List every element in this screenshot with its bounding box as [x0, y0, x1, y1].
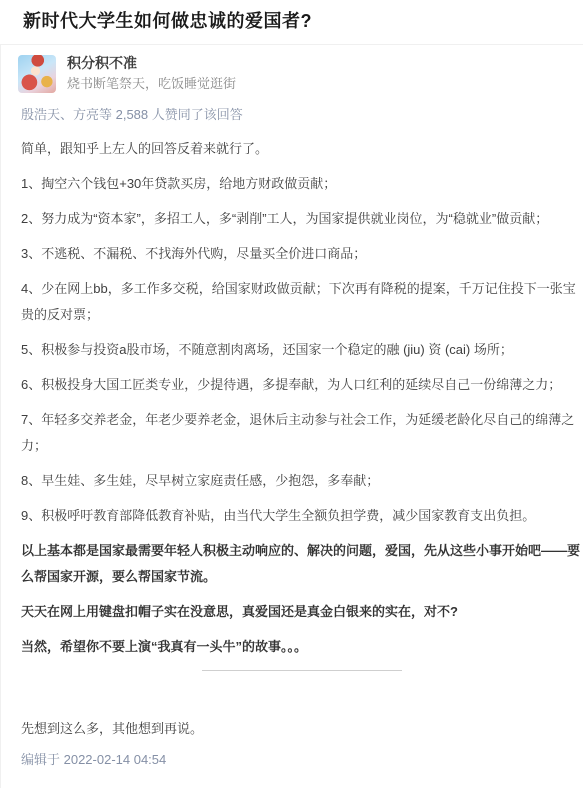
author-row: 积分积不准 烧书断笔祭天，吃饭睡觉逛街	[1, 54, 583, 93]
author-info: 积分积不准 烧书断笔祭天，吃饭睡觉逛街	[67, 54, 236, 93]
answer-paragraph: 6、积极投身大国工匠类专业，少提待遇，多提奉献，为人口红利的延续尽自己一份绵薄之…	[21, 372, 583, 398]
answer-paragraph: 8、早生娃、多生娃，尽早树立家庭责任感，少抱怨，多奉献；	[21, 468, 583, 494]
author-bio: 烧书断笔祭天，吃饭睡觉逛街	[67, 75, 236, 93]
answer-paragraph: 简单，跟知乎上左人的回答反着来就行了。	[21, 136, 583, 162]
question-title: 新时代大学生如何做忠诚的爱国者?	[0, 0, 583, 33]
answer-paragraph: 1、掏空六个钱包+30年贷款买房，给地方财政做贡献；	[21, 171, 583, 197]
answer-paragraph: 先想到这么多，其他想到再说。	[21, 716, 583, 742]
answer-content: 简单，跟知乎上左人的回答反着来就行了。1、掏空六个钱包+30年贷款买房，给地方财…	[1, 136, 583, 742]
author-avatar[interactable]	[18, 55, 56, 93]
edited-timestamp: 编辑于 2022-02-14 04:54	[1, 751, 583, 769]
answer-paragraph: 3、不逃税、不漏税、不找海外代购，尽量买全价进口商品；	[21, 241, 583, 267]
answer-paragraph: 7、年轻多交养老金，年老少要养老金，退休后主动参与社会工作，为延缓老龄化尽自己的…	[21, 407, 583, 459]
answer-paragraph: 2、努力成为“资本家”，多招工人，多“剥削”工人，为国家提供就业岗位，为“稳就业…	[21, 206, 583, 232]
author-name[interactable]: 积分积不准	[67, 54, 236, 73]
content-divider	[202, 670, 402, 671]
answer-paragraph: 以上基本都是国家最需要年轻人积极主动响应的、解决的问题，爱国，先从这些小事开始吧…	[21, 538, 583, 590]
answer-card: 积分积不准 烧书断笔祭天，吃饭睡觉逛街 殷浩天、方亮等 2,588 人赞同了该回…	[0, 44, 583, 788]
vote-summary[interactable]: 殷浩天、方亮等 2,588 人赞同了该回答	[1, 106, 583, 124]
answer-paragraph: 9、积极呼吁教育部降低教育补贴，由当代大学生全额负担学费，减少国家教育支出负担。	[21, 503, 583, 529]
answer-paragraph: 当然，希望你不要上演“我真有一头牛”的故事。。。	[21, 634, 583, 660]
answer-paragraph: 4、少在网上bb，多工作多交税，给国家财政做贡献；下次再有降税的提案，千万记住投…	[21, 276, 583, 328]
answer-paragraph: 天天在网上用键盘扣帽子实在没意思，真爱国还是真金白银来的实在，对不?	[21, 599, 583, 625]
answer-paragraph: 5、积极参与投资a股市场，不随意割肉离场，还国家一个稳定的融 (jiu) 资 (…	[21, 337, 583, 363]
